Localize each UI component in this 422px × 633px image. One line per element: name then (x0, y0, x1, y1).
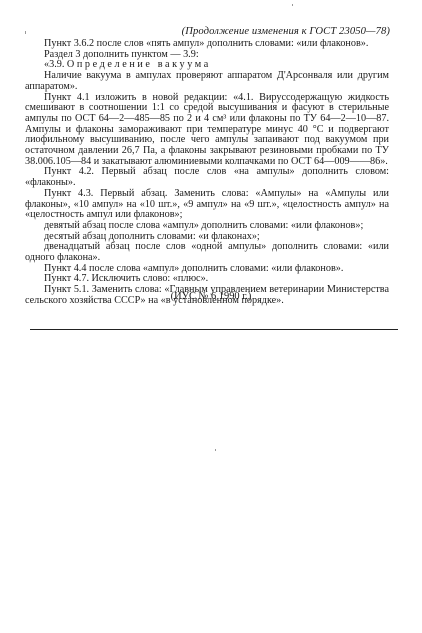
scan-speck (292, 4, 293, 6)
paragraph-4-2: Пункт 4.2. Первый абзац после слов «на а… (25, 167, 389, 188)
heading-number: «3.9. (44, 59, 67, 70)
ius-reference: (ИУС № 6 1990 г.) (0, 291, 422, 302)
paragraph-4-3: Пункт 4.3. Первый абзац. Заменить слова:… (25, 189, 389, 221)
scan-speck (215, 449, 216, 451)
paragraph-vacuum-check: Наличие вакуума в ампулах проверяют аппа… (25, 71, 389, 92)
document-header: (Продолжение изменения к ГОСТ 23050—78) (182, 26, 390, 37)
section-heading: Определение вакуума (67, 59, 211, 70)
paragraph-twelfth: двенадцатый абзац после слов «одной ампу… (25, 242, 389, 263)
document-body: Пункт 3.6.2 после слов «пять ампул» допо… (25, 39, 389, 307)
horizontal-rule (30, 329, 398, 330)
scan-speck (25, 31, 26, 34)
paragraph-4-1: Пункт 4.1 изложить в новой редакции: «4.… (25, 93, 389, 168)
